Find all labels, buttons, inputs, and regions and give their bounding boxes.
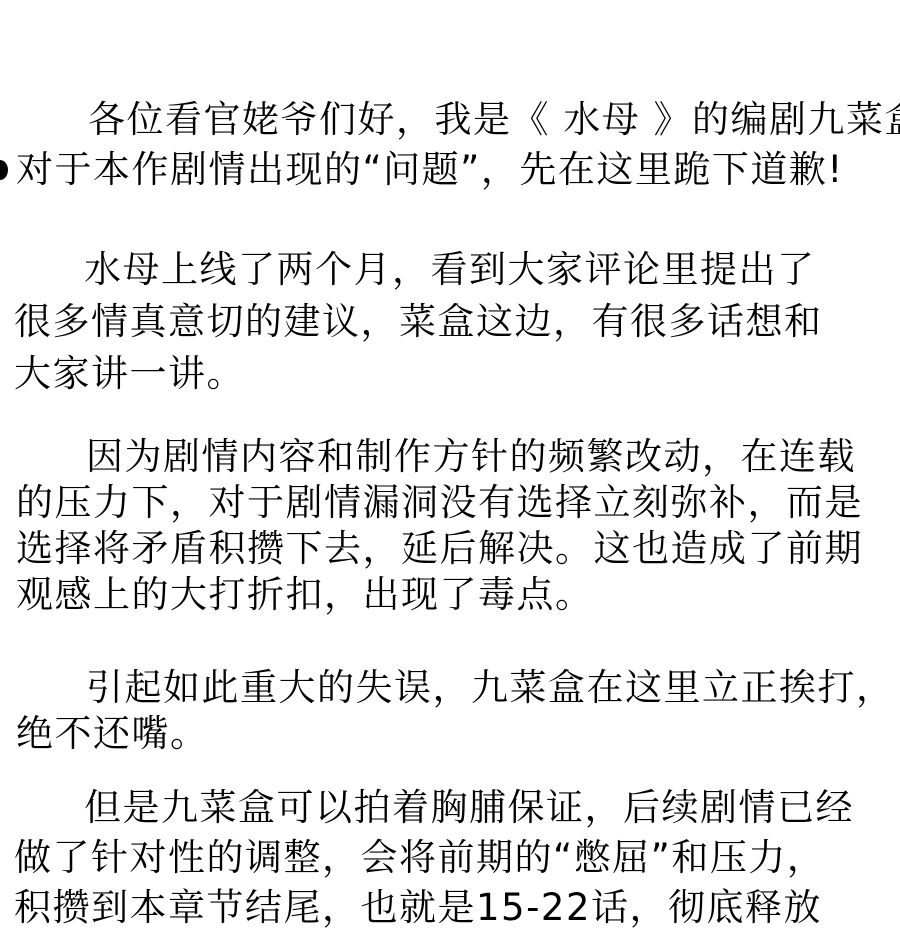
paragraph-3-line-4: 观感上的大打折扣，出现了毒点。 (16, 575, 594, 615)
paragraph-3-line-3: 选择将矛盾积攒下去，延后解决。这也造成了前期 (16, 529, 863, 569)
paragraph-2-line-1: 水母上线了两个月，看到大家评论里提出了 (84, 250, 816, 290)
paragraph-4-line-2: 绝不还嘴。 (16, 714, 209, 754)
paragraph-3-line-1: 因为剧情内容和制作方针的频繁改动，在连载 (86, 437, 856, 477)
bullet-dot-fragment (0, 160, 8, 180)
paragraph-1-line-1: 各位看官姥爷们好，我是《 水母 》的编剧九菜盒。 (88, 100, 900, 140)
paragraph-5-line-2: 做了针对性的调整，会将前期的“憋屈”和压力， (14, 838, 825, 878)
paragraph-5-line-3: 积攒到本章节结尾，也就是15-22话，彻底释放 (14, 888, 822, 928)
paragraph-5-line-1: 但是九菜盒可以拍着胸脯保证，后续剧情已经 (84, 788, 854, 828)
paragraph-1-line-2: 对于本作剧情出现的“问题”，先在这里跪下道歉! (16, 150, 844, 190)
paragraph-2-line-2: 很多情真意切的建议，菜盒这边，有很多话想和 (14, 302, 823, 342)
paragraph-3-line-2: 的压力下，对于剧情漏洞没有选择立刻弥补，而是 (16, 483, 863, 523)
paragraph-2-line-3: 大家讲一讲。 (14, 354, 245, 394)
paragraph-4-line-1: 引起如此重大的失误，九菜盒在这里立正挨打， (86, 668, 895, 708)
